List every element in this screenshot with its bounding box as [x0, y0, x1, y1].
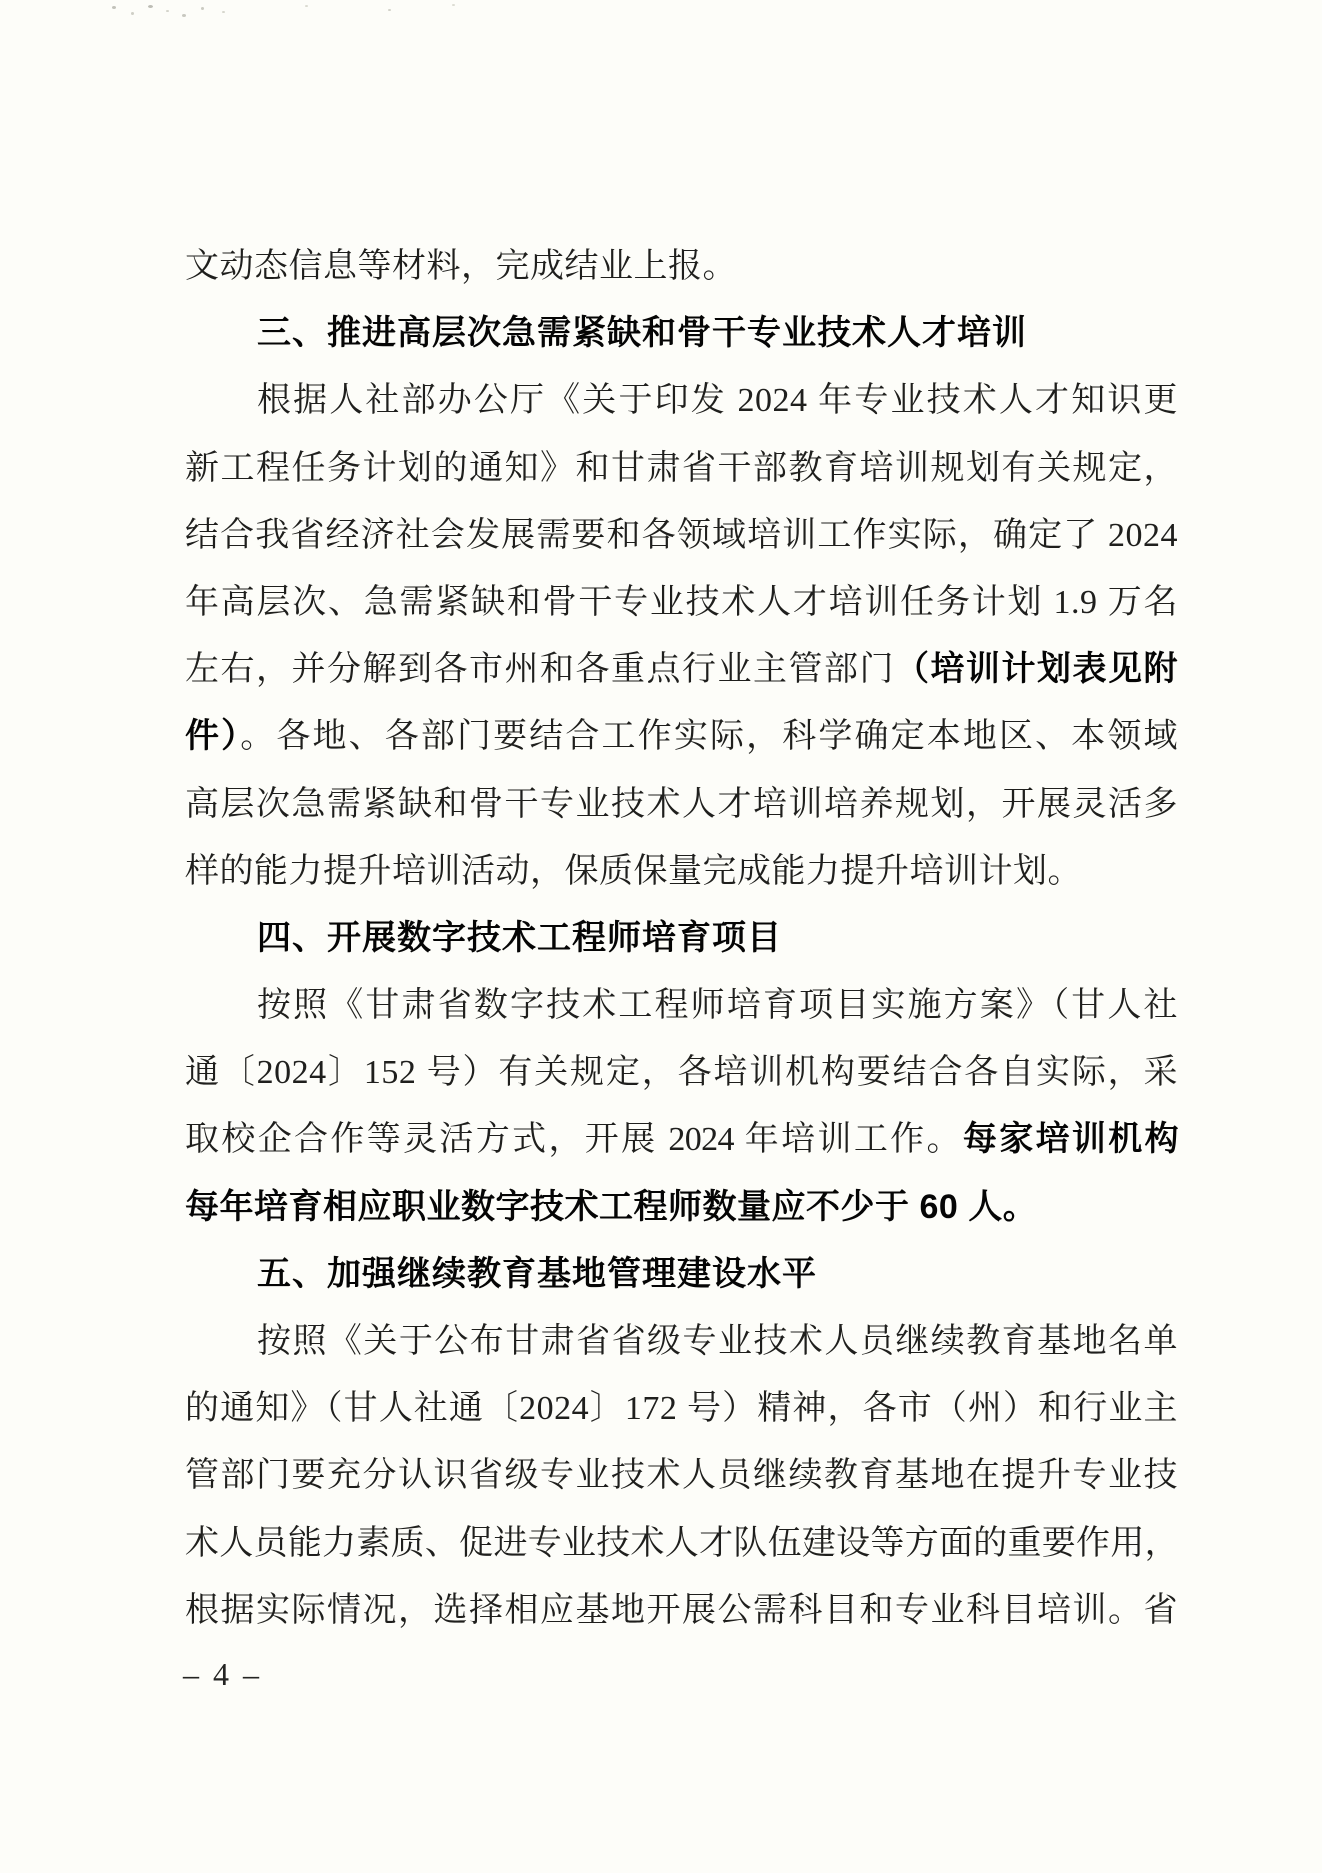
scan-speckle [222, 11, 225, 13]
para-3-line-7: 高层次急需紧缺和骨干专业技术人才培训培养规划，开展灵活多 [185, 771, 1178, 838]
bold-text-segment: 四、开展数字技术工程师培育项目 [257, 919, 782, 957]
para-3-line-2: 新工程任务计划的通知》和甘肃省干部教育培训规划有关规定， [185, 435, 1178, 502]
para-3-line-4: 年高层次、急需紧缺和骨干专业技术人才培训任务计划 1.9 万名 [185, 569, 1178, 636]
page-number: – 4 – [183, 1653, 262, 1695]
text-segment: 新工程任务计划的通知》和甘肃省干部教育培训规划有关规定， [185, 450, 1178, 487]
para-4-line-2: 通〔2024〕152 号）有关规定，各培训机构要结合各自实际，采 [185, 1039, 1178, 1106]
bold-text-segment: 件） [185, 717, 240, 755]
scan-speckle [201, 7, 204, 10]
scan-speckle [388, 9, 391, 11]
section-heading-4: 四、开展数字技术工程师培育项目 [185, 905, 1178, 972]
text-segment: 根据实际情况，选择相应基地开展公需科目和专业科目培训。省 [185, 1592, 1178, 1629]
text-segment: 的通知》（甘人社通〔2024〕172 号）精神，各市（州）和行业主 [185, 1390, 1178, 1427]
scan-speckle [182, 14, 186, 17]
text-segment: 结合我省经济社会发展需要和各领域培训工作实际，确定了 2024 [185, 517, 1178, 554]
bold-text-segment: （培训计划表见附 [895, 650, 1178, 688]
text-segment: 取校企合作等灵活方式，开展 2024 年培训工作。 [185, 1121, 963, 1158]
scan-speckle [148, 5, 153, 8]
para-4-line-1: 按照《甘肃省数字技术工程师培育项目实施方案》（甘人社 [185, 972, 1178, 1039]
para-5-line-4: 术人员能力素质、促进专业技术人才队伍建设等方面的重要作用， [185, 1510, 1178, 1577]
para-5-line-2: 的通知》（甘人社通〔2024〕172 号）精神，各市（州）和行业主 [185, 1375, 1178, 1442]
section-heading-5: 五、加强继续教育基地管理建设水平 [185, 1241, 1178, 1308]
scan-speckle [305, 5, 308, 7]
text-segment: 根据人社部办公厅《关于印发 2024 年专业技术人才知识更 [257, 382, 1178, 419]
text-segment: 管部门要充分认识省级专业技术人员继续教育基地在提升专业技 [185, 1457, 1178, 1494]
document-page: 文动态信息等材料，完成结业上报。三、推进高层次急需紧缺和骨干专业技术人才培训根据… [0, 0, 1322, 1873]
para-3-line-5: 左右，并分解到各市州和各重点行业主管部门（培训计划表见附 [185, 636, 1178, 703]
para-3-line-3: 结合我省经济社会发展需要和各领域培训工作实际，确定了 2024 [185, 502, 1178, 569]
para-4-line-3: 取校企合作等灵活方式，开展 2024 年培训工作。每家培训机构 [185, 1106, 1178, 1173]
text-segment: 。各地、各部门要结合工作实际，科学确定本地区、本领域 [240, 718, 1178, 755]
scan-speckle [166, 10, 169, 12]
text-segment: 样的能力提升培训活动，保质保量完成能力提升培训计划。 [185, 853, 1082, 890]
document-text-block: 文动态信息等材料，完成结业上报。三、推进高层次急需紧缺和骨干专业技术人才培训根据… [185, 233, 1178, 1644]
scan-speckle [112, 6, 116, 9]
text-segment: 术人员能力素质、促进专业技术人才队伍建设等方面的重要作用， [185, 1525, 1178, 1562]
bold-text-segment: 每年培育相应职业数字技术工程师数量应不少于 60 人。 [185, 1188, 1037, 1226]
section-heading-3: 三、推进高层次急需紧缺和骨干专业技术人才培训 [185, 300, 1178, 367]
scan-speckle [452, 4, 455, 6]
text-segment: 左右，并分解到各市州和各重点行业主管部门 [185, 651, 895, 688]
para-3-line-6: 件）。各地、各部门要结合工作实际，科学确定本地区、本领域 [185, 703, 1178, 770]
para-5-line-5: 根据实际情况，选择相应基地开展公需科目和专业科目培训。省 [185, 1577, 1178, 1644]
para-2-end-line: 文动态信息等材料，完成结业上报。 [185, 233, 1178, 300]
text-segment: 高层次急需紧缺和骨干专业技术人才培训培养规划，开展灵活多 [185, 786, 1178, 823]
para-3-line-1: 根据人社部办公厅《关于印发 2024 年专业技术人才知识更 [185, 367, 1178, 434]
scan-speckle [131, 12, 134, 15]
text-segment: 按照《关于公布甘肃省省级专业技术人员继续教育基地名单 [257, 1323, 1178, 1360]
text-segment: 年高层次、急需紧缺和骨干专业技术人才培训任务计划 1.9 万名 [185, 584, 1178, 621]
bold-text-segment: 五、加强继续教育基地管理建设水平 [257, 1255, 817, 1293]
para-5-line-1: 按照《关于公布甘肃省省级专业技术人员继续教育基地名单 [185, 1308, 1178, 1375]
bold-text-segment: 三、推进高层次急需紧缺和骨干专业技术人才培训 [257, 314, 1027, 352]
para-3-end-line: 样的能力提升培训活动，保质保量完成能力提升培训计划。 [185, 838, 1178, 905]
bold-text-segment: 每家培训机构 [963, 1120, 1178, 1158]
text-segment: 通〔2024〕152 号）有关规定，各培训机构要结合各自实际，采 [185, 1054, 1178, 1091]
para-4-end-line: 每年培育相应职业数字技术工程师数量应不少于 60 人。 [185, 1174, 1178, 1241]
para-5-line-3: 管部门要充分认识省级专业技术人员继续教育基地在提升专业技 [185, 1442, 1178, 1509]
text-segment: 按照《甘肃省数字技术工程师培育项目实施方案》（甘人社 [257, 987, 1178, 1024]
text-segment: 文动态信息等材料，完成结业上报。 [185, 248, 737, 285]
